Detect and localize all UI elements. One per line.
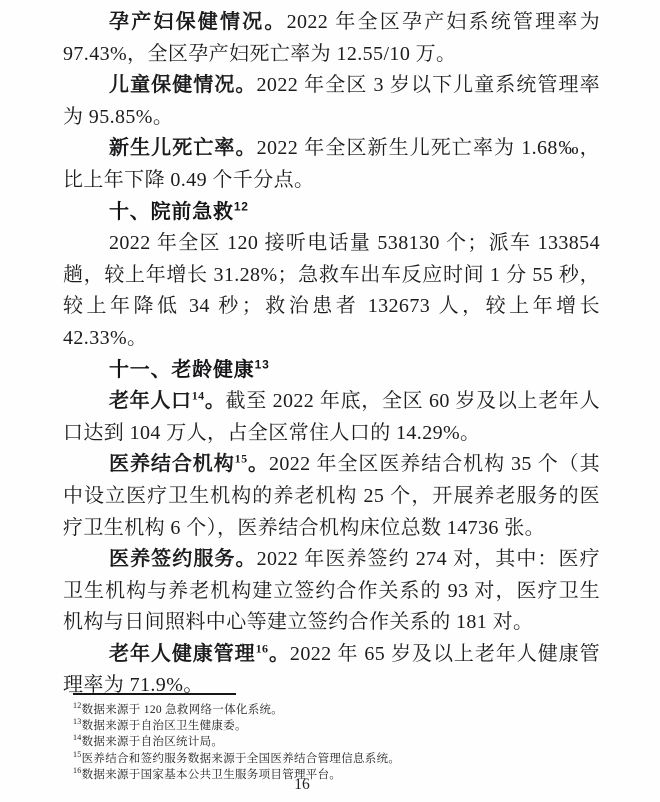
footnote-number: 16 <box>73 766 82 775</box>
paragraph-text: 2022 年全区 120 接听电话量 538130 个；派车 133854 趟，… <box>63 232 600 349</box>
lead-punct: 。 <box>247 453 269 475</box>
paragraph-maternal-health: 孕产妇保健情况。2022 年全区孕产妇系统管理率为 97.43%，全区孕产妇死亡… <box>63 7 600 70</box>
paragraph-child-health: 儿童保健情况。2022 年全区 3 岁以下儿童系统管理率为 95.85%。 <box>63 70 600 133</box>
heading-prehospital-emergency: 十、院前急救12 <box>63 197 600 229</box>
lead-text: 医养结合机构 <box>109 453 235 475</box>
footnote-item: 13数据来源于自治区卫生健康委。 <box>73 718 593 734</box>
lead-text: 新生儿死亡率。 <box>109 137 257 159</box>
paragraph-lead: 老年人健康管理16。 <box>109 643 290 665</box>
footnote-reference: 13 <box>255 357 270 371</box>
lead-text: 儿童保健情况。 <box>109 74 257 96</box>
footnote-list: 12数据来源于 120 急救网络一体化系统。 13数据来源于自治区卫生健康委。 … <box>73 702 593 783</box>
paragraph-medical-eldercare-institutions: 医养结合机构15。2022 年全区医养结合机构 35 个（其中设立医疗卫生机构的… <box>63 449 600 544</box>
footnote-number: 12 <box>73 701 82 710</box>
footnote-reference: 14 <box>192 388 205 402</box>
paragraph-lead: 老年人口14。 <box>109 390 226 412</box>
footnote-text: 数据来源于 120 急救网络一体化系统。 <box>82 704 284 716</box>
footnote-reference: 15 <box>235 452 248 466</box>
lead-punct: 。 <box>268 643 290 665</box>
lead-text: 孕产妇保健情况。 <box>109 11 287 33</box>
lead-text: 医养签约服务。 <box>109 548 257 570</box>
footnote-number: 14 <box>73 734 82 743</box>
footnote-text: 数据来源于自治区统计局。 <box>82 736 224 748</box>
paragraph-lead: 医养结合机构15。 <box>109 453 269 475</box>
paragraph-lead: 孕产妇保健情况。 <box>109 11 287 33</box>
footnote-text: 数据来源于自治区卫生健康委。 <box>82 720 247 732</box>
footnote-reference: 16 <box>256 641 269 655</box>
footnote-number: 13 <box>73 717 82 726</box>
heading-elderly-health: 十一、老龄健康13 <box>63 355 600 387</box>
page-number: 16 <box>242 776 362 794</box>
paragraph-medical-eldercare-agreements: 医养签约服务。2022 年医养签约 274 对，其中：医疗卫生机构与养老机构建立… <box>63 544 600 639</box>
lead-text: 老年人健康管理 <box>109 643 256 665</box>
lead-punct: 。 <box>205 390 226 412</box>
heading-text: 十、院前急救 <box>109 201 234 223</box>
footnote-section: 12数据来源于 120 急救网络一体化系统。 13数据来源于自治区卫生健康委。 … <box>73 693 593 783</box>
lead-text: 老年人口 <box>109 390 192 412</box>
paragraph-elderly-population: 老年人口14。截至 2022 年底，全区 60 岁及以上老年人口达到 104 万… <box>63 386 600 449</box>
footnote-divider <box>73 693 236 695</box>
paragraph-emergency-stats: 2022 年全区 120 接听电话量 538130 个；派车 133854 趟，… <box>63 228 600 354</box>
paragraph-lead: 儿童保健情况。 <box>109 74 257 96</box>
footnote-item: 14数据来源于自治区统计局。 <box>73 734 593 750</box>
paragraph-lead: 新生儿死亡率。 <box>109 137 257 159</box>
heading-text: 十一、老龄健康 <box>109 359 255 381</box>
footnote-reference: 12 <box>234 199 249 213</box>
document-page: 孕产妇保健情况。2022 年全区孕产妇系统管理率为 97.43%，全区孕产妇死亡… <box>0 0 660 802</box>
paragraph-neonatal-mortality: 新生儿死亡率。2022 年全区新生儿死亡率为 1.68‰，比上年下降 0.49 … <box>63 133 600 196</box>
document-body: 孕产妇保健情况。2022 年全区孕产妇系统管理率为 97.43%，全区孕产妇死亡… <box>63 7 600 702</box>
paragraph-lead: 医养签约服务。 <box>109 548 257 570</box>
footnote-item: 15医养结合和签约服务数据来源于全国医养结合管理信息系统。 <box>73 751 593 767</box>
footnote-text: 医养结合和签约服务数据来源于全国医养结合管理信息系统。 <box>82 753 401 765</box>
footnote-number: 15 <box>73 750 82 759</box>
footnote-item: 12数据来源于 120 急救网络一体化系统。 <box>73 702 593 718</box>
